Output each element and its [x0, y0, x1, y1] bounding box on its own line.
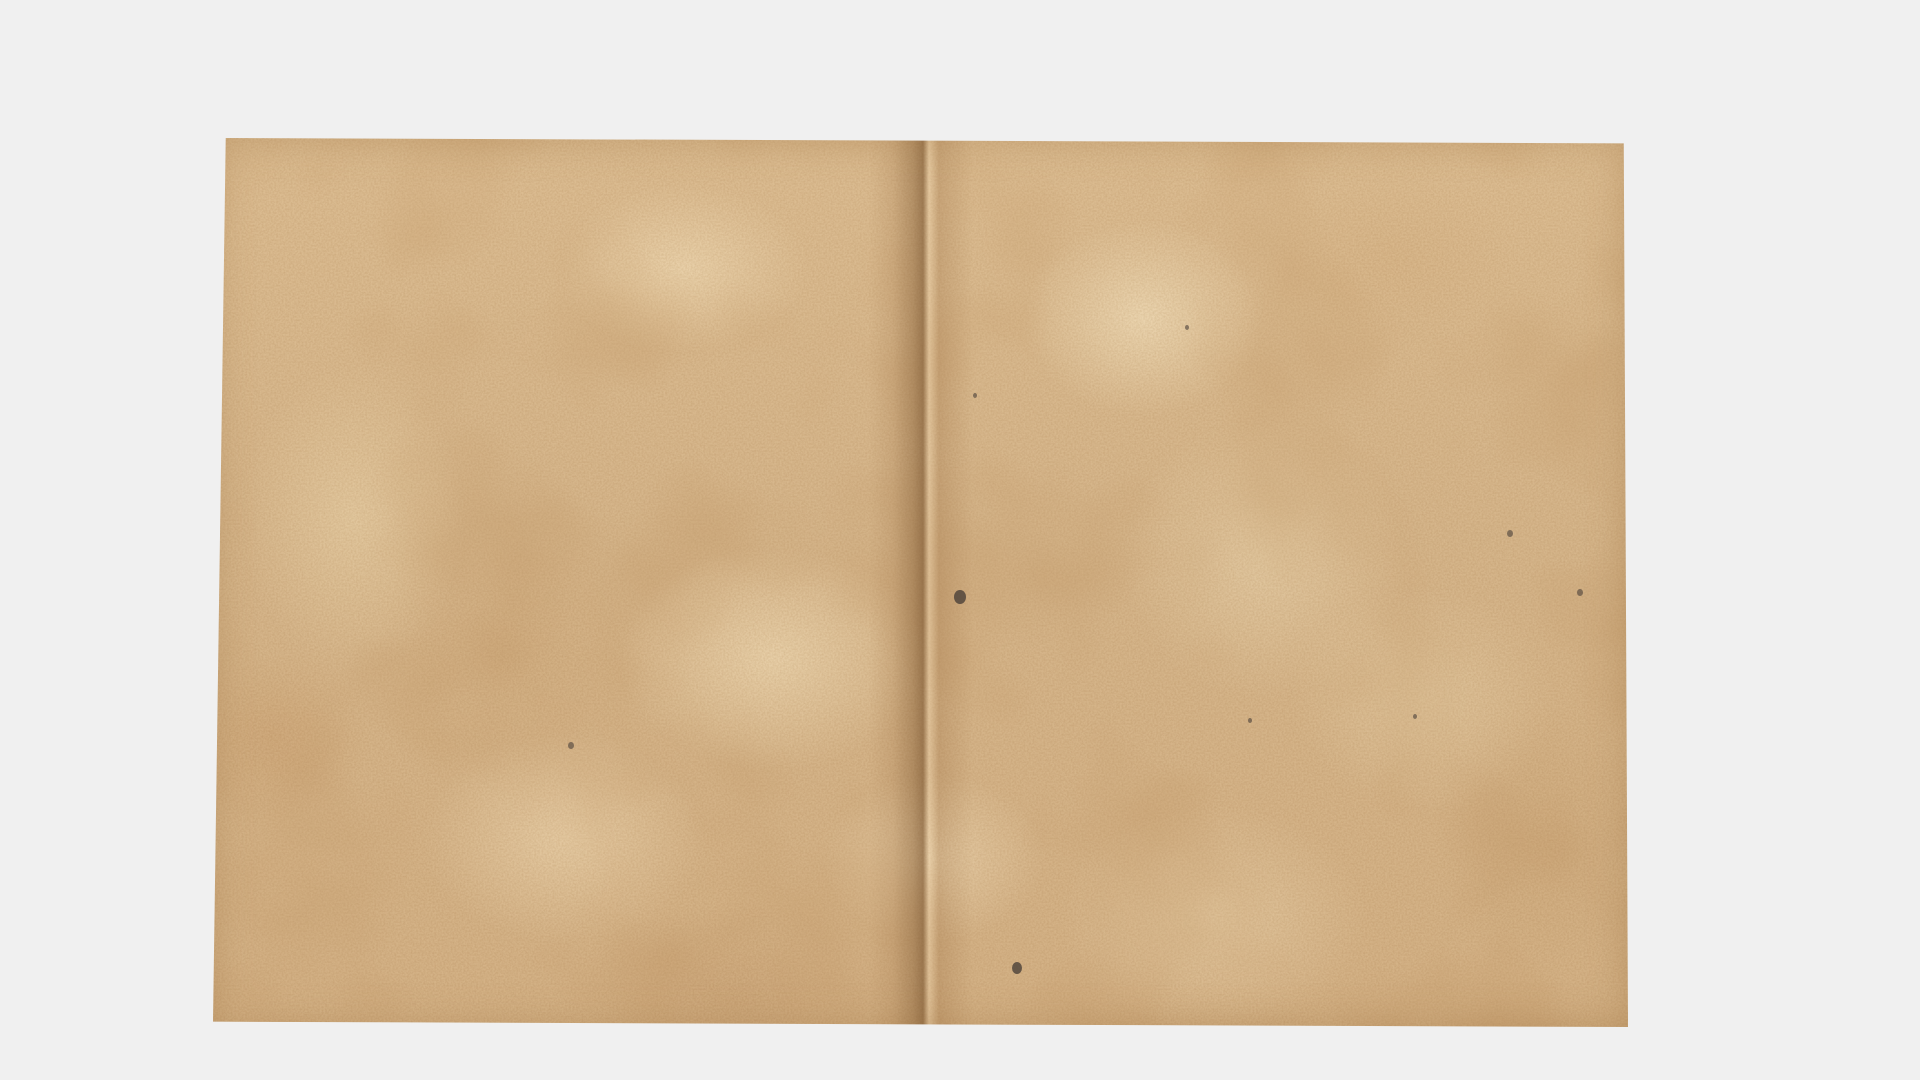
paper-speck — [1248, 718, 1252, 723]
aged-paper-sheet — [213, 138, 1628, 1027]
paper-speck — [1577, 589, 1583, 596]
paper-speck — [1507, 530, 1513, 537]
paper-speck — [1185, 325, 1189, 330]
paper-speck — [973, 393, 977, 398]
paper-speck — [1012, 962, 1022, 974]
paper-speck — [954, 590, 966, 604]
paper-specks — [213, 138, 1628, 1027]
canvas-background — [0, 0, 1920, 1080]
paper-speck — [1413, 714, 1417, 719]
paper-speck — [568, 742, 574, 749]
